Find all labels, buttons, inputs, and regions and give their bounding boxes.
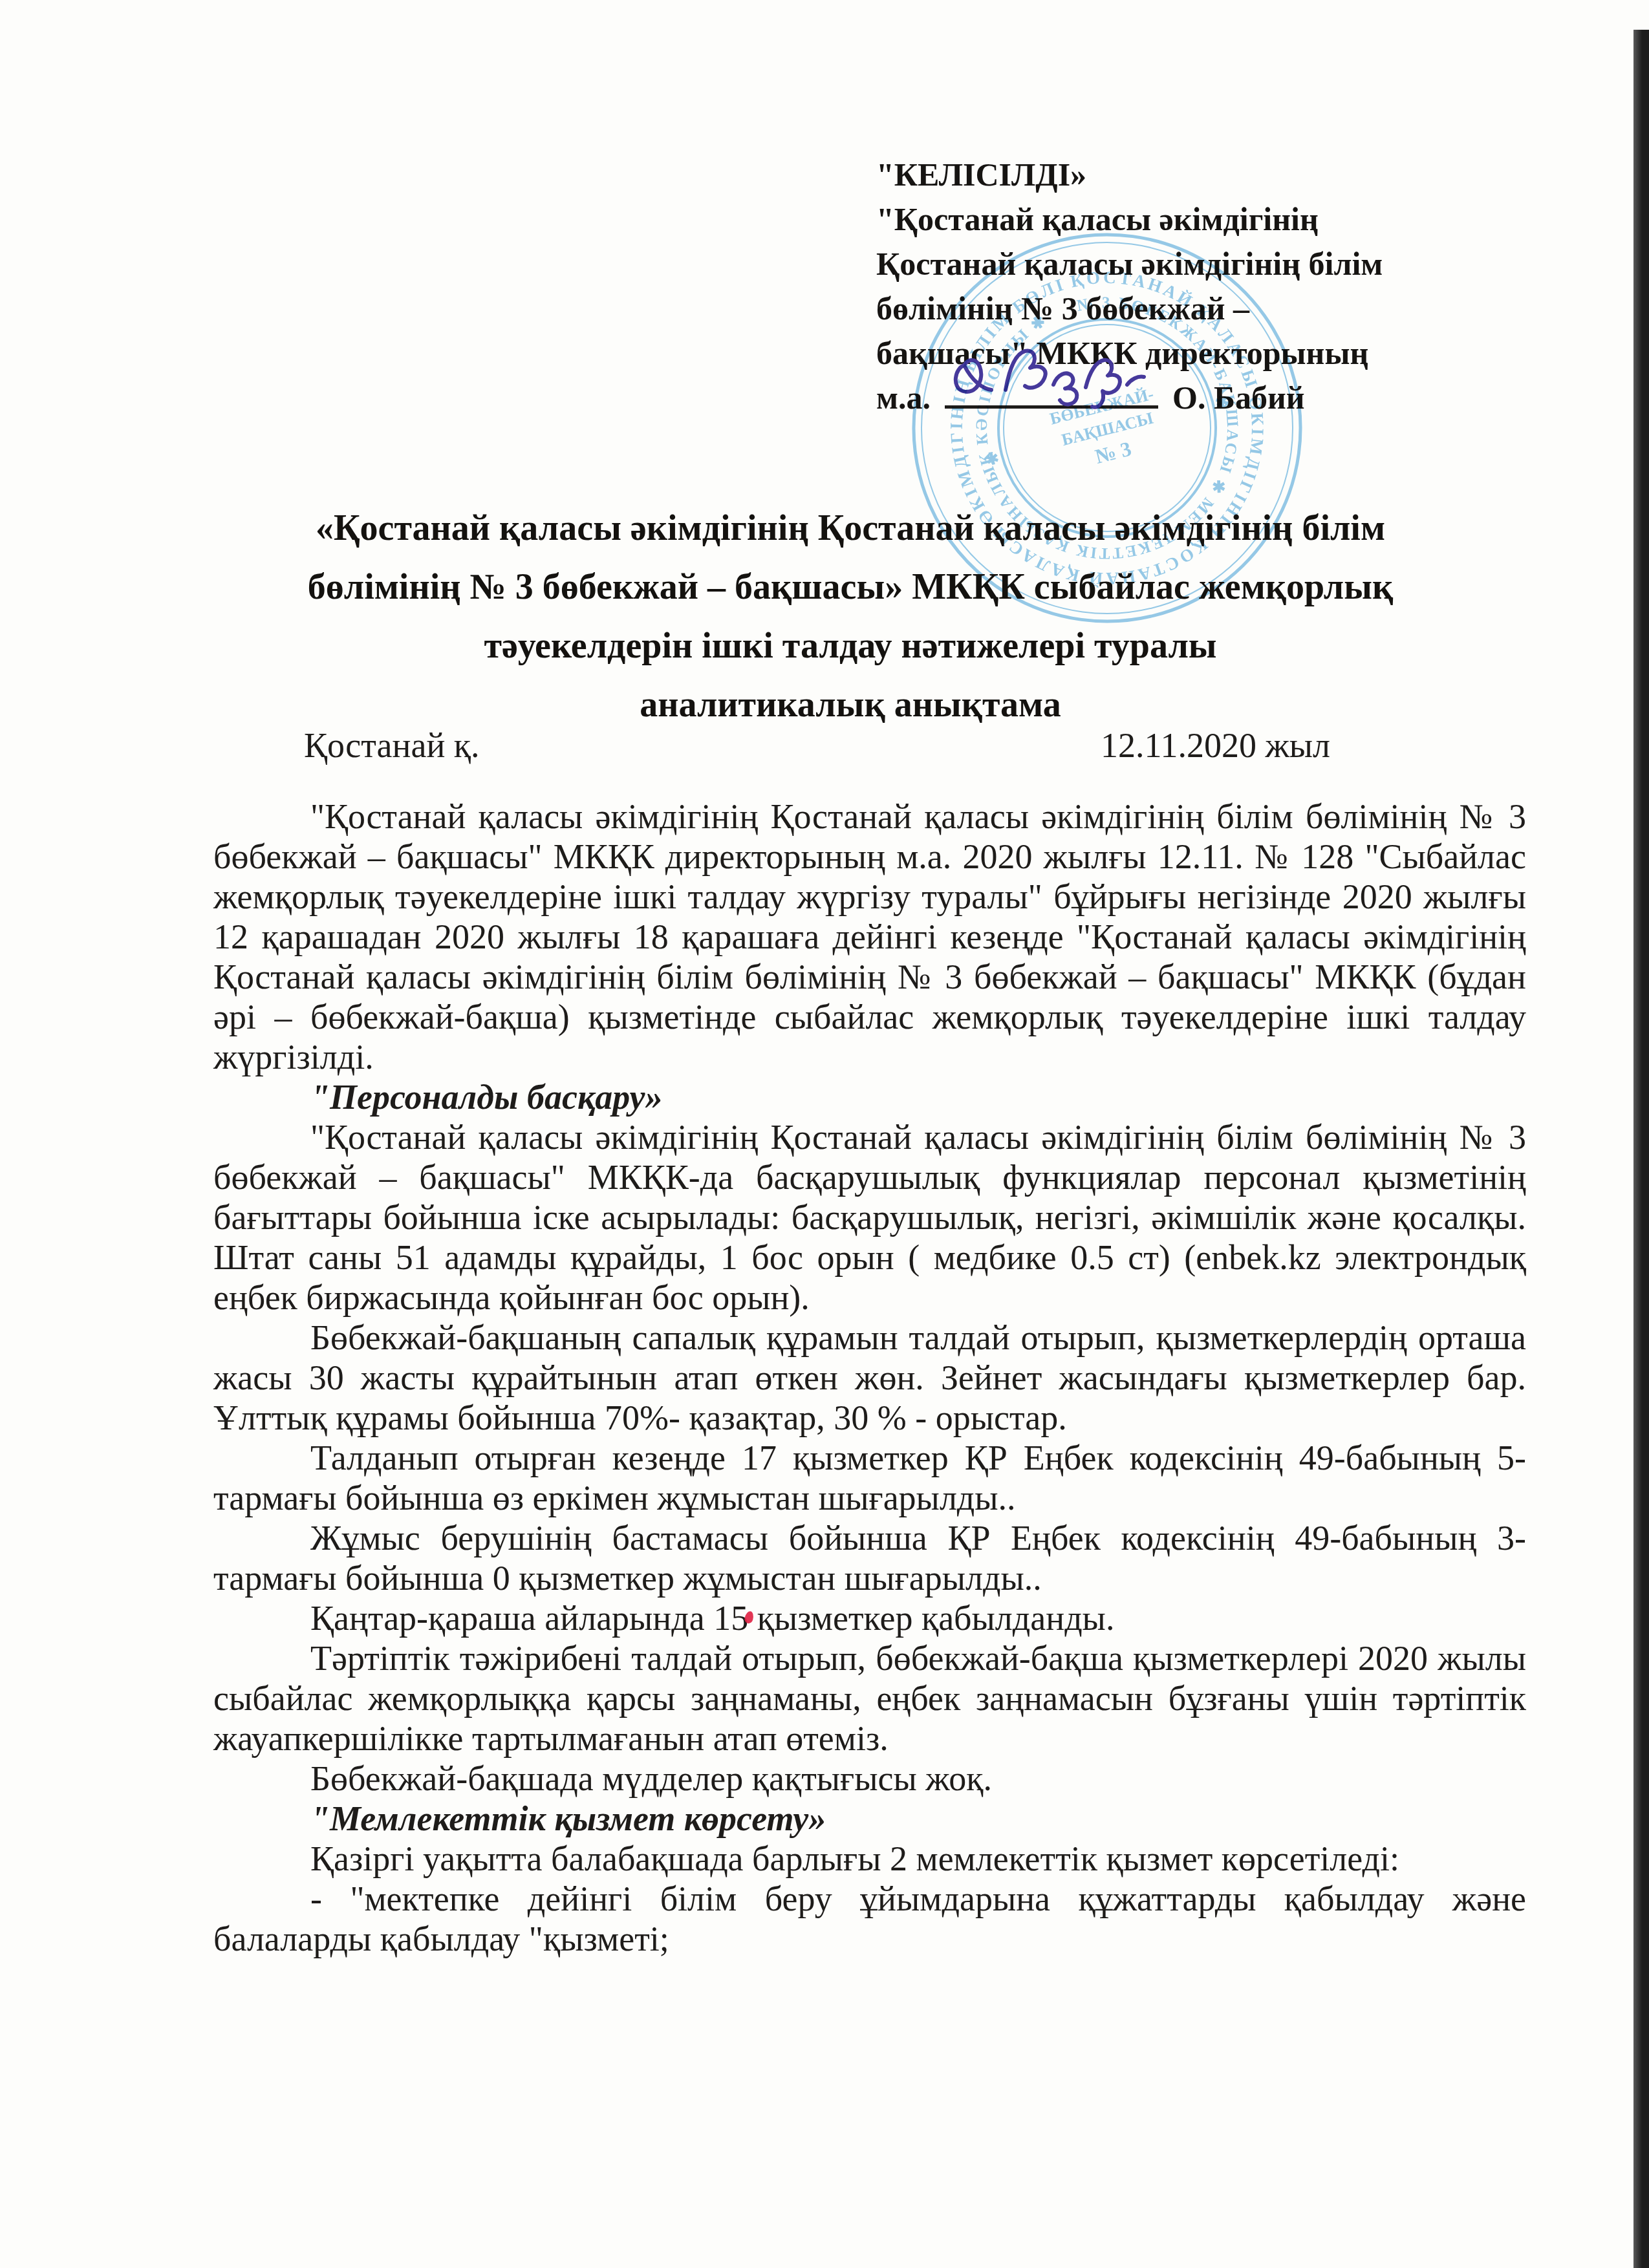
body-paragraph: Бөбекжай-бақшада мүдделер қақтығысы жоқ.	[213, 1759, 1526, 1799]
scan-right-edge-shadow	[1633, 30, 1649, 2268]
section-heading-personnel: "Персоналды басқару»	[213, 1077, 1526, 1117]
intro-paragraph: "Қостанай қаласы әкімдігінің Қостанай қа…	[213, 797, 1526, 1077]
document-page: "КЕЛІСІЛДІ» "Қостанай қаласы әкімдігінің…	[0, 0, 1649, 2268]
date-label: 12.11.2020 жыл	[1101, 725, 1330, 765]
body-paragraph: Тәртіптік тәжірибені талдай отырып, бөбе…	[213, 1638, 1526, 1759]
document-body: "Қостанай қаласы әкімдігінің Қостанай қа…	[213, 797, 1526, 1959]
place-label: Қостанай қ.	[304, 726, 480, 765]
body-paragraph: Бөбекжай-бақшаның сапалық құрамын талдай…	[213, 1318, 1526, 1438]
body-paragraph: "Қостанай қаласы әкімдігінің Қостанай қа…	[213, 1117, 1526, 1318]
body-paragraph: Қазіргі уақытта балабақшада барлығы 2 ме…	[213, 1839, 1526, 1879]
approval-line: "КЕЛІСІЛДІ»	[876, 153, 1383, 197]
body-paragraph: Жұмыс берушінің бастамасы бойынша ҚР Еңб…	[213, 1518, 1526, 1598]
section-heading-public-services: "Мемлекеттік қызмет көрсету»	[213, 1799, 1526, 1839]
title-line: «Қостанай қаласы әкімдігінің Қостанай қа…	[155, 499, 1546, 558]
body-paragraph: Қаңтар-қараша айларында 15 қызметкер қаб…	[213, 1598, 1526, 1638]
stamp-center-line: № 3	[1093, 437, 1134, 469]
body-paragraph: Талданып отырған кезеңде 17 қызметкер ҚР…	[213, 1438, 1526, 1518]
title-line: бөлімінің № 3 бөбекжай – бақшасы» МКҚК с…	[155, 558, 1546, 617]
document-title: «Қостанай қаласы әкімдігінің Қостанай қа…	[155, 499, 1546, 734]
place-date-row: Қостанай қ. 12.11.2020 жыл	[213, 725, 1526, 765]
body-paragraph: - "мектепке дейінгі білім беру ұйымдарын…	[213, 1879, 1526, 1959]
title-line: тәуекелдерін ішкі талдау нәтижелері тура…	[155, 617, 1546, 676]
